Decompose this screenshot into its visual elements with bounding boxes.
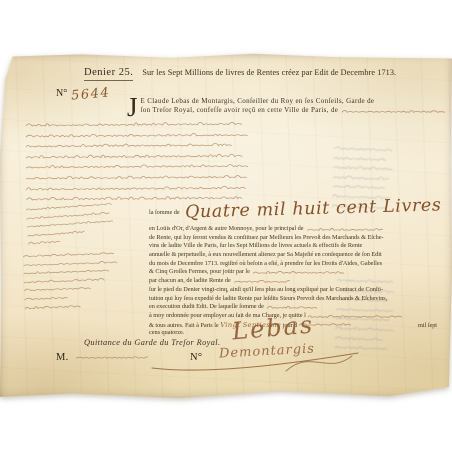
- body-line: du mois de Decembre 1713. regiſtré où be…: [149, 260, 437, 269]
- parchment-document: Denier 25. Sur les Sept Millions de livr…: [0, 53, 452, 399]
- footer-m-handwriting: [76, 354, 148, 363]
- printed-text: mil ſept: [418, 322, 437, 331]
- handwritten-line: [334, 154, 396, 164]
- handwritten-line: [25, 301, 119, 311]
- printed-text: & Cinq Groſſes Fermes, pour joüir par le: [149, 268, 251, 277]
- handwritten-line: [334, 144, 396, 154]
- footer-m-label: M.: [56, 352, 69, 363]
- signature-text: Lebas: [231, 312, 315, 343]
- printed-text: du mois de Decembre 1713. regiſtré où be…: [149, 260, 382, 269]
- printed-text: de Rente, qui luy ſeront vendus & conſti…: [149, 234, 384, 243]
- body-line: tution qui luy ſera expedié de ladite Re…: [149, 295, 437, 304]
- quittance-line: Quittance du Garde du Treſor Royal.: [84, 338, 220, 348]
- signature-name: Lebas: [232, 316, 314, 341]
- body-line: par chacun an, de ladite Rente de: [149, 277, 437, 286]
- printed-text: annuelle & perpetuelle, à eux nouvelleme…: [149, 251, 382, 260]
- serial-number: N° 5644: [56, 83, 110, 101]
- edict-title: Sur les Sept Millions de livres de Rente…: [142, 68, 396, 78]
- printed-text: cens quatorze.: [149, 329, 184, 338]
- denier-rate-label: Denier 25.: [84, 67, 133, 81]
- body-line: & Cinq Groſſes Fermes, pour joüir par le: [149, 268, 437, 277]
- printed-text: ſur le pied du Denier vingt-cinq, ainſi …: [149, 286, 383, 295]
- parchment-surface: Denier 25. Sur les Sept Millions de livr…: [0, 53, 452, 399]
- serial-value-handwritten: 5644: [71, 86, 111, 102]
- handwritten-line: [333, 163, 395, 173]
- printed-text: tution qui luy ſera expedié de ladite Re…: [149, 295, 387, 304]
- opening-line-1: E Claude Lebas de Montargis, Conſeiller …: [141, 97, 433, 106]
- opening-line-2: ſon Treſor Royal, confeſſe avoir reçû en…: [141, 106, 433, 115]
- amount-calligraphy: Quatre mil huit cent Livres: [184, 195, 441, 222]
- margin-note-upper: [26, 200, 117, 249]
- serial-label: N°: [56, 88, 67, 99]
- printed-text: ſon Treſor Royal, confeſſe avoir reçû en…: [141, 106, 341, 115]
- body-line: en Loüis d'Or, d'Argent & autre Monnoye,…: [149, 225, 437, 234]
- opening-paragraph: J E Claude Lebas de Montargis, Conſeille…: [127, 97, 433, 116]
- document-header: Denier 25. Sur les Sept Millions de livr…: [84, 67, 396, 81]
- drop-cap-initial: J: [127, 98, 138, 116]
- handwriting-scribble: [307, 226, 383, 233]
- handwriting-scribble: [253, 269, 345, 276]
- handwriting-scribble: [342, 108, 446, 115]
- printed-text: vins de ladite Ville de Paris, ſur les S…: [149, 242, 362, 251]
- amount-line: la ſomme de Quatre mil huit cent Livres: [149, 199, 441, 219]
- handwritten-line: [76, 354, 148, 361]
- handwritten-line: [333, 173, 395, 183]
- printed-text: en Loüis d'Or, d'Argent & autre Monnoye,…: [149, 225, 305, 234]
- body-line: en execution dudit Edit. De laquelle ſom…: [149, 303, 437, 312]
- product-photo-canvas: Denier 25. Sur les Sept Millions de livr…: [0, 0, 452, 452]
- signature-flourish: [148, 349, 364, 375]
- body-line: vins de ladite Ville de Paris, ſur les S…: [149, 242, 437, 251]
- body-line: ſur le pied du Denier vingt-cinq, ainſi …: [149, 286, 437, 295]
- printed-text: E Claude Lebas de Montargis, Conſeiller …: [141, 97, 375, 106]
- handwriting-scribble: [308, 313, 402, 320]
- body-line: annuelle & perpetuelle, à eux nouvelleme…: [149, 251, 437, 260]
- margin-note-lower: [23, 249, 119, 312]
- handwriting-scribble: [234, 278, 290, 285]
- body-line: de Rente, qui luy ſeront vendus & conſti…: [149, 234, 437, 243]
- amount-lead-label: la ſomme de: [149, 209, 180, 218]
- printed-text: en execution dudit Edit. De laquelle ſom…: [149, 303, 265, 312]
- handwritten-line: [333, 182, 395, 192]
- printed-text: par chacun an, de ladite Rente de: [149, 277, 232, 286]
